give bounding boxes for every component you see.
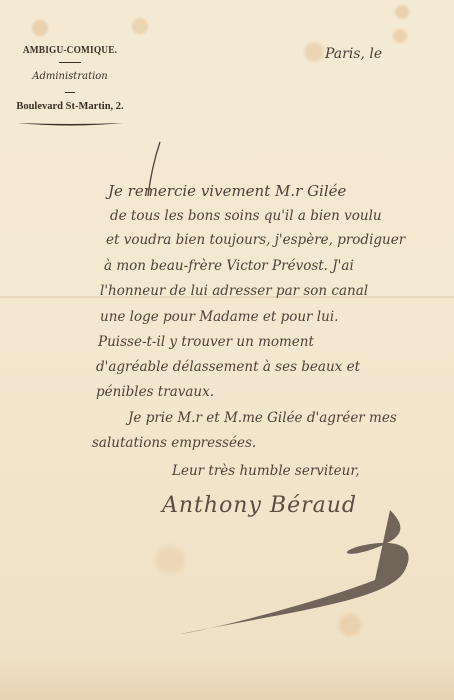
body-line: l'honneur de lui adresser par son canal	[100, 283, 368, 299]
body-line: Je remercie vivement M.r Gilée	[108, 182, 346, 200]
body-line: et voudra bien toujours, j'espère, prodi…	[106, 232, 405, 248]
divider	[59, 62, 81, 63]
letter-page: AMBIGU-COMIQUE. Administration Boulevard…	[0, 0, 454, 700]
body-line: de tous les bons soins qu'il a bien voul…	[110, 208, 382, 224]
department-name: Administration	[10, 71, 130, 82]
letterhead: AMBIGU-COMIQUE. Administration Boulevard…	[10, 44, 130, 131]
organization-name: AMBIGU-COMIQUE.	[19, 44, 121, 56]
body-line: à mon beau-frère Victor Prévost. J'ai	[104, 258, 354, 274]
body-line: d'agréable délassement à ses beaux et	[96, 359, 360, 375]
address: Boulevard St-Martin, 2.	[10, 101, 130, 112]
divider	[65, 92, 75, 93]
closing: Leur très humble serviteur,	[172, 463, 360, 479]
signature-flourish	[160, 500, 420, 650]
body-line: salutations empressées.	[92, 435, 256, 451]
body-line: une loge pour Madame et pour lui.	[100, 309, 338, 325]
body-line: Puisse-t-il y trouver un moment	[98, 334, 314, 350]
flourish-ornament	[15, 120, 125, 126]
body-line: Je prie M.r et M.me Gilée d'agréer mes	[128, 410, 397, 426]
body-line: pénibles travaux.	[96, 384, 214, 400]
place-date: Paris, le	[325, 46, 382, 62]
